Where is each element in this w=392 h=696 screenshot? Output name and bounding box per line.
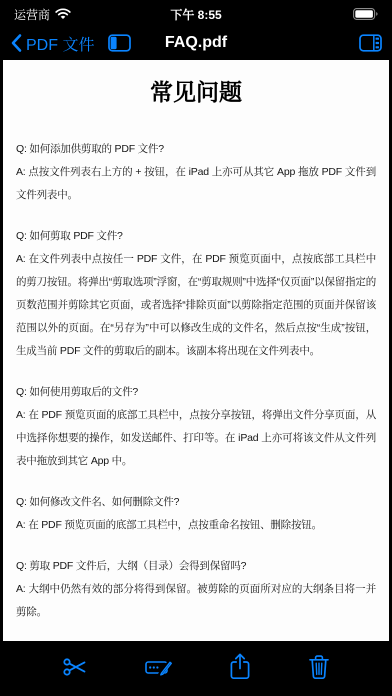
trash-icon	[308, 654, 330, 680]
question-text: Q: 如何剪取 PDF 文件?	[16, 225, 376, 248]
answer-text: A: 在文件列表中点按任一 PDF 文件，在 PDF 预览页面中，点按底部工具栏…	[16, 248, 376, 363]
question-text: Q: 剪取 PDF 文件后，大纲（目录）会得到保留吗?	[16, 555, 376, 578]
bottom-toolbar	[0, 641, 392, 696]
share-icon	[229, 653, 251, 680]
faq-item: Q: 剪取 PDF 文件后，大纲（目录）会得到保留吗? A: 大纲中仍然有效的部…	[16, 555, 376, 624]
rename-icon	[145, 656, 173, 678]
answer-text: A: 在 PDF 预览页面的底部工具栏中，点按分享按钮，将弹出文件分享页面，从中…	[16, 404, 376, 473]
share-button[interactable]	[229, 653, 251, 680]
scissors-icon	[62, 655, 88, 679]
carrier-label: 运营商	[14, 6, 50, 23]
chevron-left-icon	[10, 33, 22, 53]
faq-item: Q: 如何剪取 PDF 文件? A: 在文件列表中点按任一 PDF 文件，在 P…	[16, 225, 376, 363]
faq-item: Q: 如何修改文件名、如何删除文件? A: 在 PDF 预览页面的底部工具栏中，…	[16, 491, 376, 537]
battery-icon	[353, 8, 378, 20]
outline-sidebar-button[interactable]	[108, 34, 131, 52]
sidebar-right-icon	[359, 34, 382, 52]
rename-button[interactable]	[145, 656, 173, 678]
pdf-page: 常见问题 Q: 如何添加供剪取的 PDF 文件? A: 点按文件列表右上方的 +…	[3, 60, 389, 641]
scissors-button[interactable]	[62, 655, 88, 679]
answer-text: A: 大纲中仍然有效的部分将得到保留。被剪除的页面所对应的大纲条目将一并剪除。	[16, 578, 376, 624]
pdf-viewer-screen: 运营商 下午 8:55 PDF 文件	[0, 0, 392, 696]
question-text: Q: 如何修改文件名、如何删除文件?	[16, 491, 376, 514]
faq-item: Q: 如何使用剪取后的文件? A: 在 PDF 预览页面的底部工具栏中，点按分享…	[16, 381, 376, 473]
page-heading: 常见问题	[16, 76, 376, 108]
sidebar-left-icon	[108, 34, 131, 52]
faq-list: Q: 如何添加供剪取的 PDF 文件? A: 点按文件列表右上方的 + 按钮，在…	[16, 138, 376, 624]
wifi-icon	[55, 8, 71, 20]
delete-button[interactable]	[308, 654, 330, 680]
thumbnails-sidebar-button[interactable]	[359, 34, 382, 52]
back-button-label: PDF 文件	[26, 32, 94, 55]
navigation-bar: PDF 文件 FAQ.pdf	[0, 26, 392, 60]
answer-text: A: 点按文件列表右上方的 + 按钮，在 iPad 上亦可从其它 App 拖放 …	[16, 161, 376, 207]
status-bar: 运营商 下午 8:55	[0, 0, 392, 26]
back-button[interactable]: PDF 文件	[10, 32, 94, 55]
faq-item: Q: 如何添加供剪取的 PDF 文件? A: 点按文件列表右上方的 + 按钮，在…	[16, 138, 376, 207]
question-text: Q: 如何添加供剪取的 PDF 文件?	[16, 138, 376, 161]
answer-text: A: 在 PDF 预览页面的底部工具栏中，点按重命名按钮、删除按钮。	[16, 514, 376, 537]
question-text: Q: 如何使用剪取后的文件?	[16, 381, 376, 404]
